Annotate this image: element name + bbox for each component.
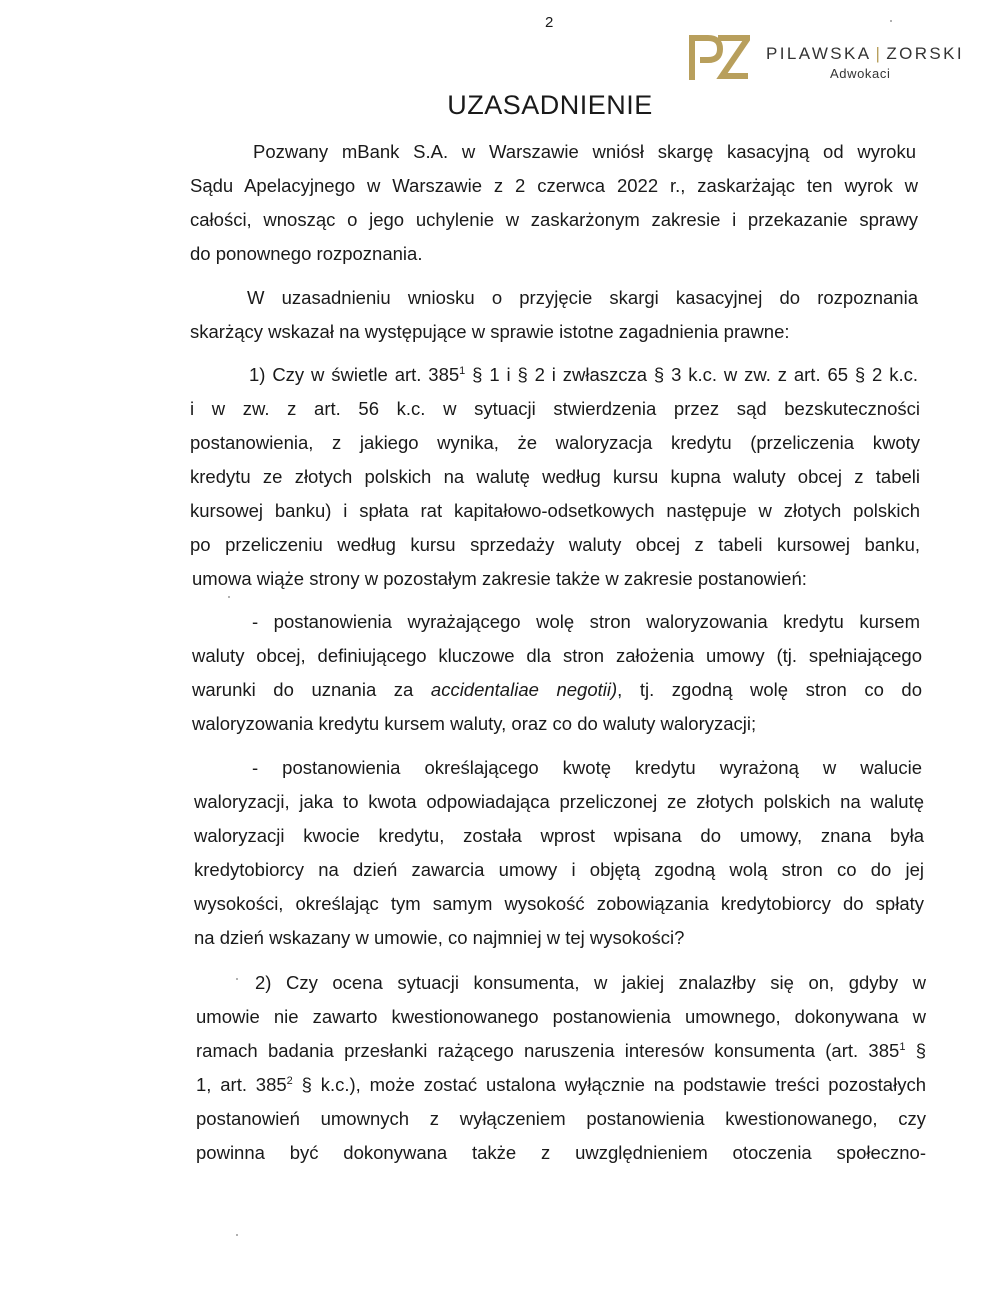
text-line: skarżący wskazał na występujące w sprawi… [190,321,790,343]
document-title: UZASADNIENIE [0,90,1000,121]
text-line: - postanowienia określającego kwotę kred… [252,757,922,779]
text-line: postanowienia, z jakiego wynika, że walo… [190,432,920,454]
text-line: kredytobiorcy na dzień zawarcia umowy i … [194,859,924,881]
pz-monogram-icon [688,32,750,82]
law-firm-logo: PILAWSKA|ZORSKI Adwokaci [688,32,978,84]
text-line: - postanowienia wyrażającego wolę stron … [252,611,920,633]
logo-subtitle: Adwokaci [830,66,890,81]
text-line: całości, wnosząc o jego uchylenie w zask… [190,209,918,231]
text-line: ramach badania przesłanki rażącego narus… [196,1040,926,1062]
text-line: powinna być dokonywana także z uwzględni… [196,1142,926,1164]
text-line: Pozwany mBank S.A. w Warszawie wniósł sk… [253,141,916,163]
text-line: umowie nie zawarto kwestionowanego posta… [196,1006,926,1028]
text-line: 1) Czy w świetle art. 3851 § 1 i § 2 i z… [249,364,918,386]
text-line: 2) Czy ocena sytuacji konsumenta, w jaki… [255,972,926,994]
text-line: 1, art. 3852 § k.c.), może zostać ustalo… [196,1074,926,1096]
text-line: kredytu ze złotych polskich na walutę we… [190,466,920,488]
text-line: kursowej banku) i spłata rat kapitałowo-… [190,500,920,522]
text-line: i w zw. z art. 56 k.c. w sytuacji stwier… [190,398,920,420]
page-number: 2 [545,14,553,31]
text-line: W uzasadnieniu wniosku o przyjęcie skarg… [247,287,918,309]
logo-firm-name: PILAWSKA|ZORSKI [766,44,964,64]
text-line: Sądu Apelacyjnego w Warszawie z 2 czerwc… [190,175,918,197]
text-line: wysokości, określając tym samym wysokość… [194,893,924,915]
text-line: do ponownego rozpoznania. [190,243,422,265]
text-line: waloryzacji, jaka to kwota odpowiadająca… [194,791,924,813]
text-line: warunki do uznania za accidentaliae nego… [192,679,922,701]
text-line: waloryzowania kredytu kursem waluty, ora… [192,713,756,735]
text-line: umowa wiąże strony w pozostałym zakresie… [192,568,807,590]
text-line: waloryzacji kwocie kredytu, została wpro… [194,825,924,847]
text-line: po przeliczeniu według kursu sprzedaży w… [190,534,920,556]
text-line: postanowień umownych z wyłączeniem posta… [196,1108,926,1130]
text-line: waluty obcej, definiującego kluczowe dla… [192,645,922,667]
text-line: na dzień wskazany w umowie, co najmniej … [194,927,684,949]
